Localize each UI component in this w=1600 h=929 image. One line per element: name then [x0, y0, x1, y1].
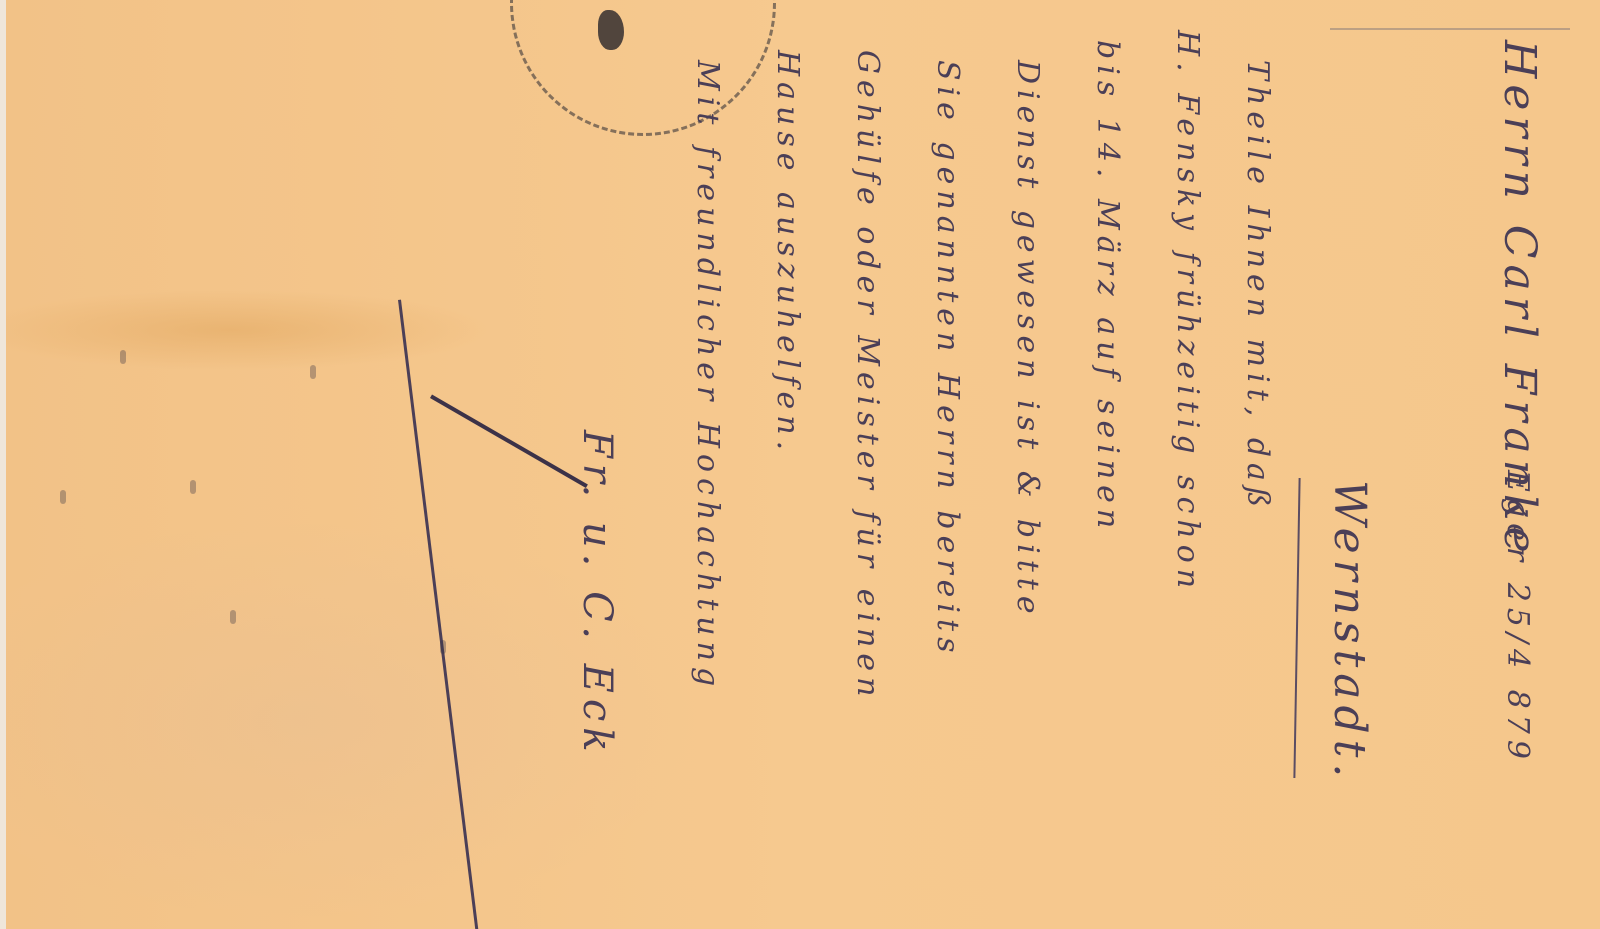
body-line-4: Dienst gewesen ist & bitte — [1010, 60, 1045, 620]
body-line-2: H. Fensky frühzeitig schon — [1170, 30, 1205, 594]
ink-smudge — [120, 350, 126, 364]
ink-smudge — [190, 480, 196, 494]
body-line-3: bis 14. März auf seinen — [1090, 40, 1125, 534]
town: Wernstadt. — [1324, 480, 1375, 783]
ink-smudge — [310, 365, 316, 379]
body-line-1: Theile Ihnen mit, daß — [1240, 60, 1275, 513]
postcard: Herrn Carl Franke Eger 25/4 879 Wernstad… — [0, 0, 1600, 929]
signature: Fr. u. C. Eck — [574, 430, 620, 758]
scan-edge — [0, 0, 6, 929]
closing: Mit freundlicher Hochachtung — [690, 60, 725, 692]
place-date: Eger 25/4 879 — [1500, 470, 1535, 765]
postmark-stamp — [510, 0, 776, 136]
signature-flourish — [398, 300, 479, 929]
body-line-5: Sie genannten Herrn bereits — [930, 60, 965, 658]
printed-rule — [1330, 28, 1570, 30]
ink-smudge — [60, 490, 66, 504]
body-line-7: Hause auszuhelfen. — [770, 50, 805, 456]
signature-stroke — [430, 395, 588, 488]
ink-smudge — [440, 640, 446, 654]
body-line-6: Gehülfe oder Meister für einen — [850, 50, 885, 702]
ink-smudge — [230, 610, 236, 624]
postmark-ink-blot — [598, 10, 624, 50]
town-underline — [1293, 478, 1300, 778]
